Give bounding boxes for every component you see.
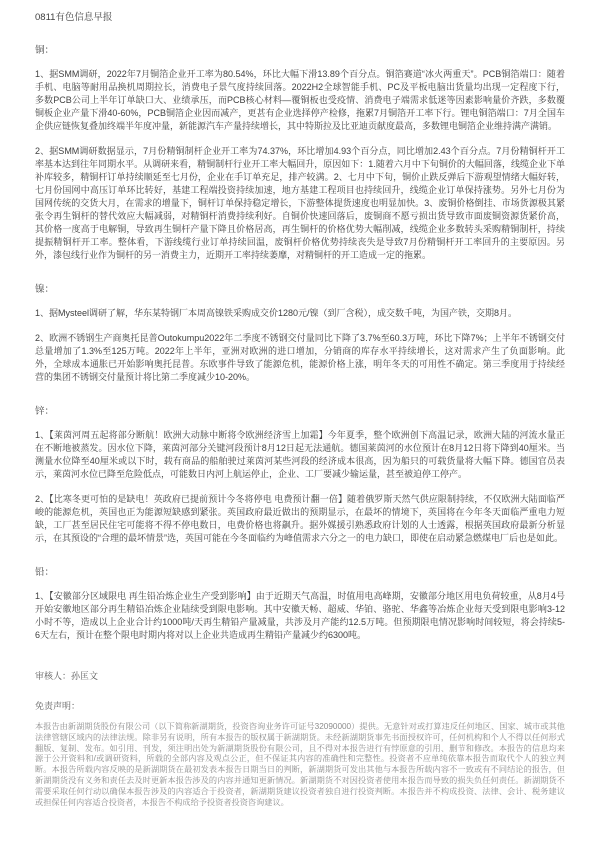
zinc-paragraph-2: 2、【比寒冬更可怕的是缺电！英政府已提前预计今冬将停电 电费预计翻一倍】随着俄罗… [35, 493, 565, 545]
copper-paragraph-2: 2、据SMM调研数据显示，7月份精铜制杆企业开工率为74.37%，环比增加4.9… [35, 145, 565, 262]
section-lead-heading: 铅： [35, 564, 565, 578]
reviewer-line: 审核人：孙匡文 [35, 669, 565, 682]
section-copper-heading: 铜： [35, 42, 565, 56]
nickel-paragraph-1: 1、据Mysteel调研了解，华东某特钢厂本周高镍铁采购成交价1280元/镍（到… [35, 307, 565, 320]
copper-paragraph-1: 1、据SMM调研，2022年7月铜箔企业开工率为80.54%，环比大幅下滑13.… [35, 68, 565, 133]
disclaimer-heading: 免责声明： [35, 699, 565, 712]
page-title: 0811有色信息早报 [35, 9, 565, 23]
lead-paragraph-1: 1、【安徽部分区域限电 再生铅冶炼企业生产受到影响】由于近期天气高温，时值用电高… [35, 590, 565, 642]
section-nickel-heading: 镍： [35, 281, 565, 295]
nickel-paragraph-2: 2、欧洲不锈钢生产商奥托昆普Outokumpu2022年二季度不锈钢交付量同比下… [35, 332, 565, 384]
report-page: 0811有色信息早报 铜： 1、据SMM调研，2022年7月铜箔企业开工率为80… [0, 0, 595, 842]
zinc-paragraph-1: 1、【莱茵河周五起将部分断航！欧洲大动脉中断将令欧洲经济雪上加霜】今年夏季，整个… [35, 429, 565, 481]
disclaimer-text: 本报告由新湖期货股份有限公司（以下简称新湖期货，投资咨询业务许可证号320900… [35, 722, 565, 808]
section-zinc-heading: 锌： [35, 403, 565, 417]
